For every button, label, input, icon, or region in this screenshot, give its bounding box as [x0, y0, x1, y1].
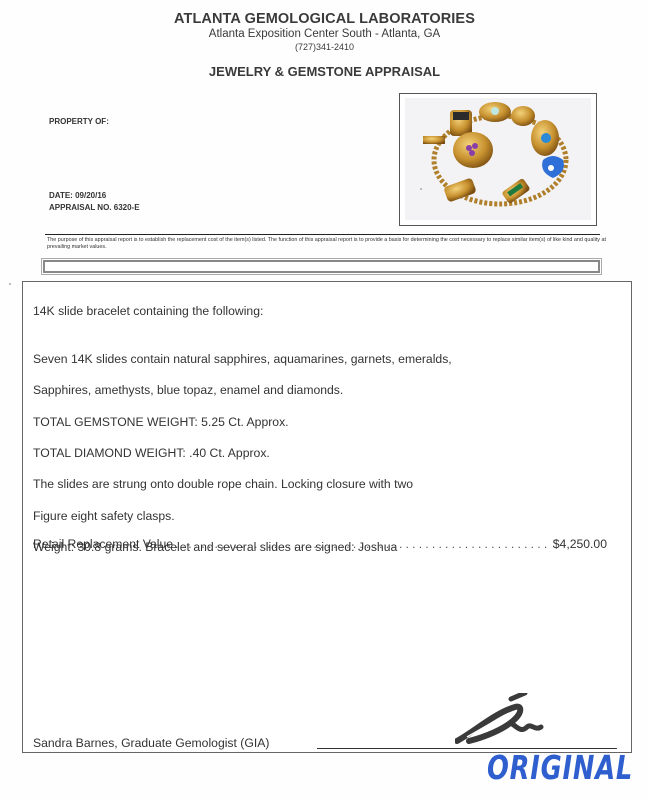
- document-title: JEWELRY & GEMSTONE APPRAISAL: [0, 64, 649, 79]
- dot-leader: ........................................…: [175, 537, 551, 551]
- appraisal-number: APPRAISAL NO. 6320-E: [49, 203, 140, 212]
- signer-name: Sandra Barnes, Graduate Gemologist (GIA): [33, 736, 269, 750]
- description-line: Seven 14K slides contain natural sapphir…: [33, 352, 613, 368]
- scan-speck: [9, 283, 11, 285]
- replacement-value-label: Retail Replacement Value: [33, 537, 173, 551]
- property-of-label: PROPERTY OF:: [49, 117, 109, 126]
- scan-speck: [420, 188, 422, 190]
- diamond-weight: TOTAL DIAMOND WEIGHT: .40 Ct. Approx.: [33, 446, 613, 462]
- appraisal-date: DATE: 09/20/16: [49, 191, 106, 200]
- item-title: 14K slide bracelet containing the follow…: [33, 304, 263, 320]
- lab-name: ATLANTA GEMOLOGICAL LABORATORIES: [0, 11, 649, 27]
- description-line: Figure eight safety clasps.: [33, 509, 613, 525]
- divider: [45, 234, 600, 235]
- item-photo: [399, 93, 597, 226]
- description-line: The slides are strung onto double rope c…: [33, 477, 613, 493]
- lab-phone: (727)341-2410: [0, 42, 649, 52]
- lab-address: Atlanta Exposition Center South - Atlant…: [0, 28, 649, 40]
- bracelet-photo-icon: [405, 98, 591, 220]
- description-line: Sapphires, amethysts, blue topaz, enamel…: [33, 383, 613, 399]
- original-stamp: ORIGINAL: [487, 748, 633, 787]
- replacement-value-row: Retail Replacement Value ...............…: [33, 537, 607, 551]
- gemstone-weight: TOTAL GEMSTONE WEIGHT: 5.25 Ct. Approx.: [33, 415, 613, 431]
- purpose-statement: The purpose of this appraisal report is …: [47, 237, 607, 251]
- replacement-value-amount: $4,250.00: [553, 537, 607, 551]
- blank-field-bar: [43, 260, 600, 273]
